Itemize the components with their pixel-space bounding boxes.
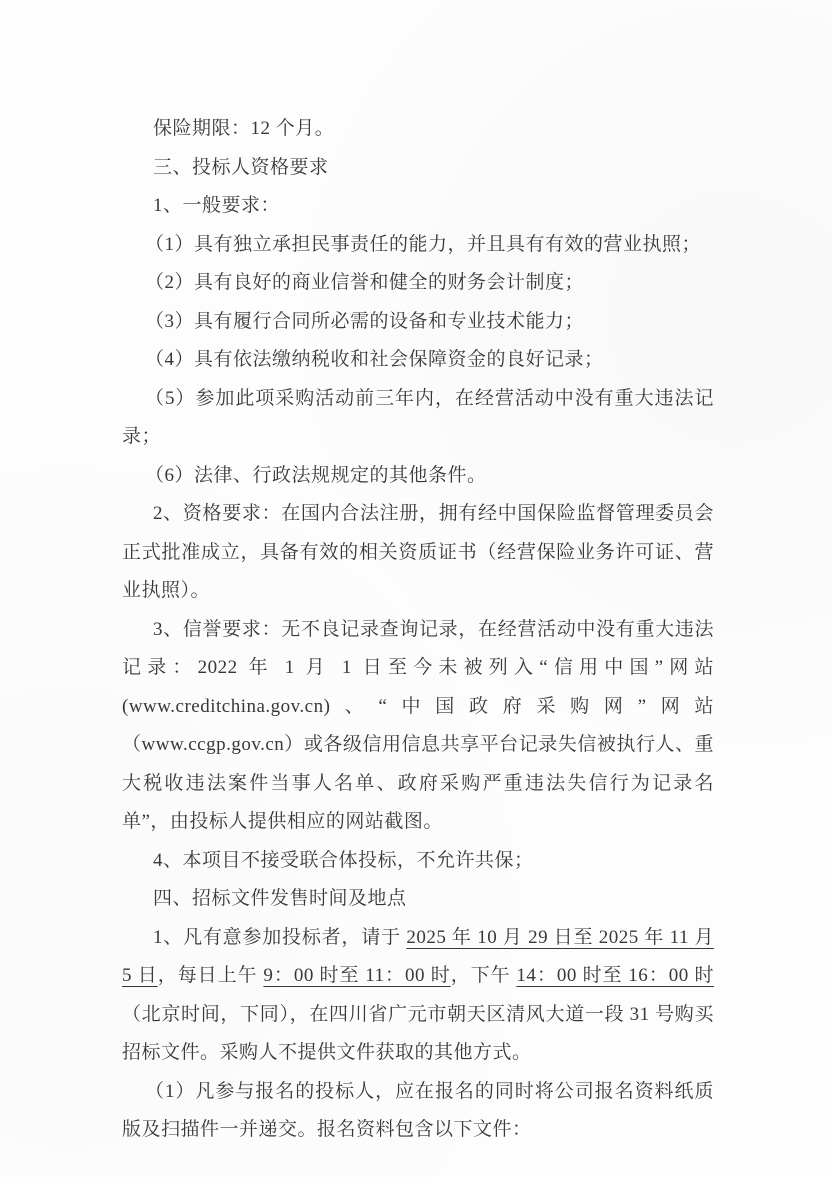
registration-between-date-morning: ，每日上午	[158, 965, 264, 986]
paragraph-credit-requirement: 3、信誉要求：无不良记录查询记录，在经营活动中没有重大违法记录：2022 年 1…	[122, 611, 714, 842]
requirement-civil-liability: （1）具有独立承担民事责任的能力，并且具有有效的营业执照；	[122, 226, 714, 265]
paragraph-insurance-period: 保险期限：12 个月。	[122, 110, 714, 149]
registration-morning-hours: 9：00 时至 11：00 时	[263, 965, 450, 986]
requirement-other-laws: （6）法律、行政法规规定的其他条件。	[122, 457, 714, 496]
document-page: 保险期限：12 个月。 三、投标人资格要求 1、一般要求： （1）具有独立承担民…	[0, 0, 832, 1177]
paragraph-submit-materials: （1）凡参与报名的投标人，应在报名的同时将公司报名资料纸质版及扫描件一并递交。报…	[122, 1073, 714, 1150]
registration-suffix: （北京时间，下同），在四川省广元市朝天区清风大道一段 31 号购买招标文件。采购…	[122, 1004, 714, 1064]
registration-between-morning-afternoon: ，下午	[451, 965, 517, 986]
requirement-tax-social-security: （4）具有依法缴纳税收和社会保障资金的良好记录；	[122, 341, 714, 380]
registration-prefix: 1、凡有意参加投标者，请于	[153, 927, 406, 948]
paragraph-qualification-requirement: 2、资格要求：在国内合法注册，拥有经中国保险监督管理委员会正式批准成立，具备有效…	[122, 495, 714, 611]
section-4-heading: 四、招标文件发售时间及地点	[122, 880, 714, 919]
paragraph-no-consortium: 4、本项目不接受联合体投标，不允许共保；	[122, 842, 714, 881]
requirement-equipment-capability: （3）具有履行合同所必需的设备和专业技术能力；	[122, 303, 714, 342]
registration-afternoon-hours: 14：00 时至 16：00 时	[516, 965, 714, 986]
paragraph-registration-time-place: 1、凡有意参加投标者，请于 2025 年 10 月 29 日至 2025 年 1…	[122, 919, 714, 1073]
general-requirements-heading: 1、一般要求：	[122, 187, 714, 226]
requirement-commercial-reputation: （2）具有良好的商业信誉和健全的财务会计制度；	[122, 264, 714, 303]
section-3-heading: 三、投标人资格要求	[122, 149, 714, 188]
requirement-no-violation-record: （5）参加此项采购活动前三年内，在经营活动中没有重大违法记录；	[122, 380, 714, 457]
